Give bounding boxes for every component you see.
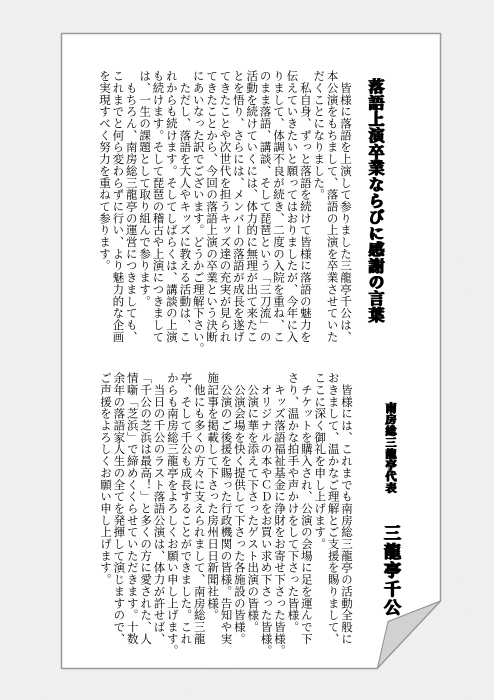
text-column: とを悟り、さらには、メンバーの落語が成長を遂げ	[231, 70, 244, 362]
text-column: 皆様に落語を上演して参りました三龍亭千公は、	[339, 70, 352, 362]
gratitude-text: 皆様には、これまでも南房総三龍亭の活動全般におきまして、温かなご理解とご支援を賜…	[99, 372, 353, 664]
main-message-section: 落語上演卒業ならびに感謝の言葉 皆様に落語を上演して参りました三龍亭千公は、本公…	[98, 70, 388, 362]
text-column: 公演会場を快く提供して下さった各施設の皆様。	[232, 372, 245, 664]
signature-name: 三龍亭千公	[380, 524, 400, 617]
text-column: オリジナルの本やＣＤをお買い求め下さった皆様。	[259, 372, 272, 664]
text-column: 余年の落語家人生の全てを発揮して演じますので、	[112, 372, 125, 664]
text-column: 「千公の芝浜は最高！」と多くの方に愛された、人	[139, 372, 152, 664]
signature-affiliation: 南房総三龍亭代表	[384, 402, 397, 493]
text-column: れからも続けます。そしてしばらくは、講談の上演	[165, 70, 178, 362]
text-column: ご声援をよろしくお願い申し上げます。	[99, 372, 112, 664]
text-column: 私自身、ずっと落語を続けて皆様に落語の魅力を	[298, 70, 311, 362]
text-column: おきまして、温かなご理解とご支援を賜りまして、	[326, 372, 339, 664]
text-column: てきたことや次世代を担うキッズ達の充実が見られ	[218, 70, 231, 362]
text-column: てきたことから、今回の落語上演の卒業という決断	[205, 70, 218, 362]
text-column: だくことになりました。	[312, 70, 325, 362]
text-column: チケットを購入され、公演の会場に足を運んで下	[299, 372, 312, 664]
text-column: も続けます。そして琵琶の稽古や上演につきまして	[151, 70, 164, 362]
text-column: 公演のご後援を賜った行政機関の皆様。告知や実	[219, 372, 232, 664]
text-column: 皆様には、これまでも南房総三龍亭の活動全般に	[340, 372, 353, 664]
text-column: もちろん、南房総三龍亭の運営につきましても、	[124, 70, 137, 362]
text-column: は、一生の課題として取り組んで参ります。	[138, 70, 151, 362]
flyer-page: 落語上演卒業ならびに感謝の言葉 皆様に落語を上演して参りました三龍亭千公は、本公…	[0, 0, 494, 700]
text-column: キッズ落語福祉基金に浄財をお寄せ下さった皆様。	[273, 372, 286, 664]
text-column: ここに深く御礼を申し上げます。	[313, 372, 326, 664]
text-column: 伝えていきたいと願ってはおりましたが、今年に入	[285, 70, 298, 362]
text-column: 亭、そして千公も成長することができました。これ	[179, 372, 192, 664]
text-column: にあいなった訳でございます。どうかご理解下さい。	[191, 70, 204, 362]
text-column: 情噺「芝浜」で締めくくらせていただきます。十数	[125, 372, 138, 664]
text-column: りまして、体調不良が続き、二度の入院を重ね、こ	[272, 70, 285, 362]
text-column: 施記事を掲載して下さった房州日日新聞社様。	[206, 372, 219, 664]
document-title: 落語上演卒業ならびに感謝の言葉	[362, 70, 388, 362]
text-column: 公演に華を添えて下さったゲスト出演の皆様。	[246, 372, 259, 664]
text-column: のまま落語、講談、そして琵琶という「三刀流」の	[258, 70, 271, 362]
text-column: ただし、落語を大人やキッズに教える活動は、こ	[178, 70, 191, 362]
text-column: を実現すべく努力を重ねて参ります。	[98, 70, 111, 362]
signature-column: 南房総三龍亭代表 三龍亭千公	[375, 372, 405, 664]
main-message-text: 皆様に落語を上演して参りました三龍亭千公は、本公演をもちまして、落語の上演を卒業…	[98, 70, 352, 362]
text-column: 当日の千公のラスト落語公演は、体力が許せば、	[152, 372, 165, 664]
gratitude-section: 南房総三龍亭代表 三龍亭千公 皆様には、これまでも南房総三龍亭の活動全般におきま…	[99, 372, 405, 664]
text-column: これまでと何ら変わらずに行い、より魅力的な企画	[111, 70, 124, 362]
text-column: 他にも多くの方々に支えられまして、南房総三龍	[192, 372, 205, 664]
text-column: からも南房総三龍亭をよろしくお願い申し上げます。	[166, 372, 179, 664]
text-column: さり、温かな拍手や声かけをして下さった皆様。	[286, 372, 299, 664]
text-column: 本公演をもちまして、落語の上演を卒業させていた	[325, 70, 338, 362]
text-column: 活動を続けていくには、体力的に無理が出て来たこ	[245, 70, 258, 362]
